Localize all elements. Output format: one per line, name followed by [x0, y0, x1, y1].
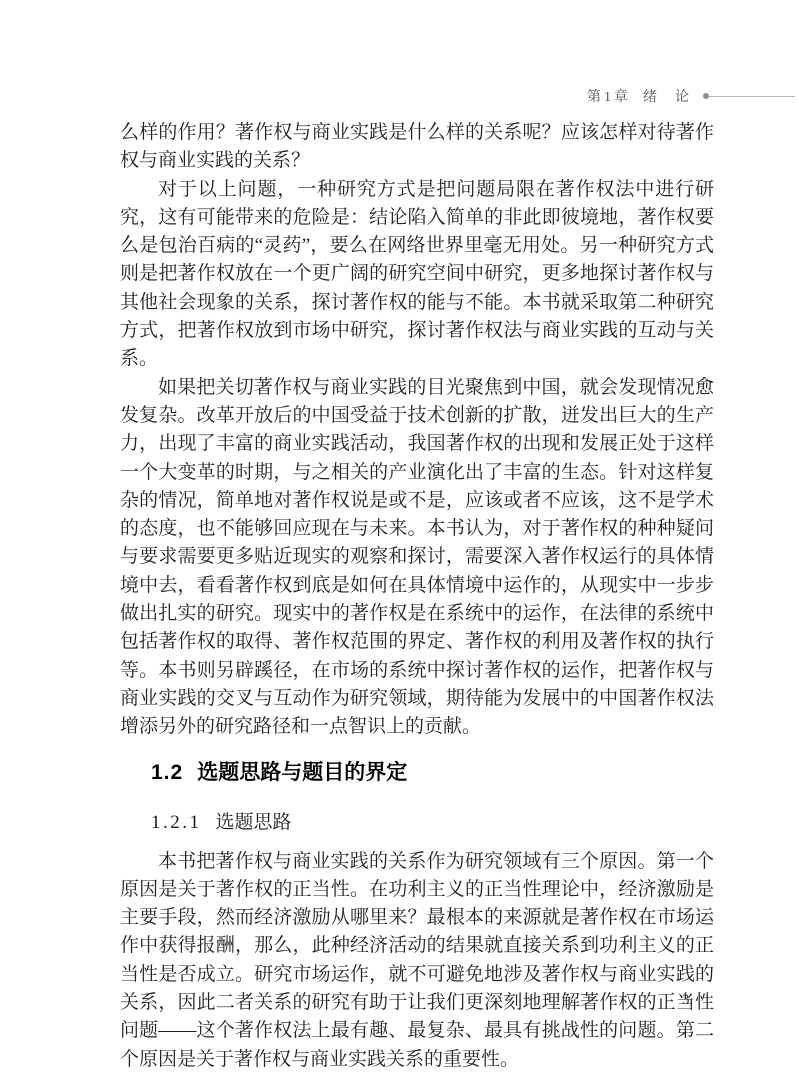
paragraph-three-reasons: 本书把著作权与商业实践的关系作为研究领域有三个原因。第一个原因是关于著作权的正当… — [120, 848, 714, 1073]
subsection-title: 选题思路 — [216, 812, 292, 833]
paragraph-continuation: 么样的作用？著作权与商业实践是什么样的关系呢？应该怎样对待著作权与商业实践的关系… — [120, 119, 714, 176]
header-rule-line — [709, 96, 795, 97]
subsection-heading: 1.2.1选题思路 — [151, 812, 714, 835]
paragraph-research-approaches: 对于以上问题，一种研究方式是把问题局限在著作权法中进行研究，这有可能带来的危险是… — [120, 176, 714, 374]
paragraph-china-focus: 如果把关切著作权与商业实践的目光聚焦到中国，就会发现情况愈发复杂。改革开放后的中… — [120, 374, 714, 742]
chapter-label: 第1章 — [587, 86, 631, 106]
section-number: 1.2 — [151, 761, 183, 784]
page-body: 么样的作用？著作权与商业实践是什么样的关系呢？应该怎样对待著作权与商业实践的关系… — [120, 119, 714, 1073]
section-title: 选题思路与题目的界定 — [197, 761, 407, 784]
section-heading: 1.2选题思路与题目的界定 — [151, 760, 714, 785]
book-page: 第1章 绪 论 么样的作用？著作权与商业实践是什么样的关系呢？应该怎样对待著作权… — [0, 0, 799, 1073]
page-number: 3 — [682, 992, 690, 1009]
running-header: 第1章 绪 论 — [0, 86, 795, 106]
subsection-number: 1.2.1 — [151, 812, 202, 833]
chapter-title: 绪 论 — [643, 86, 691, 106]
